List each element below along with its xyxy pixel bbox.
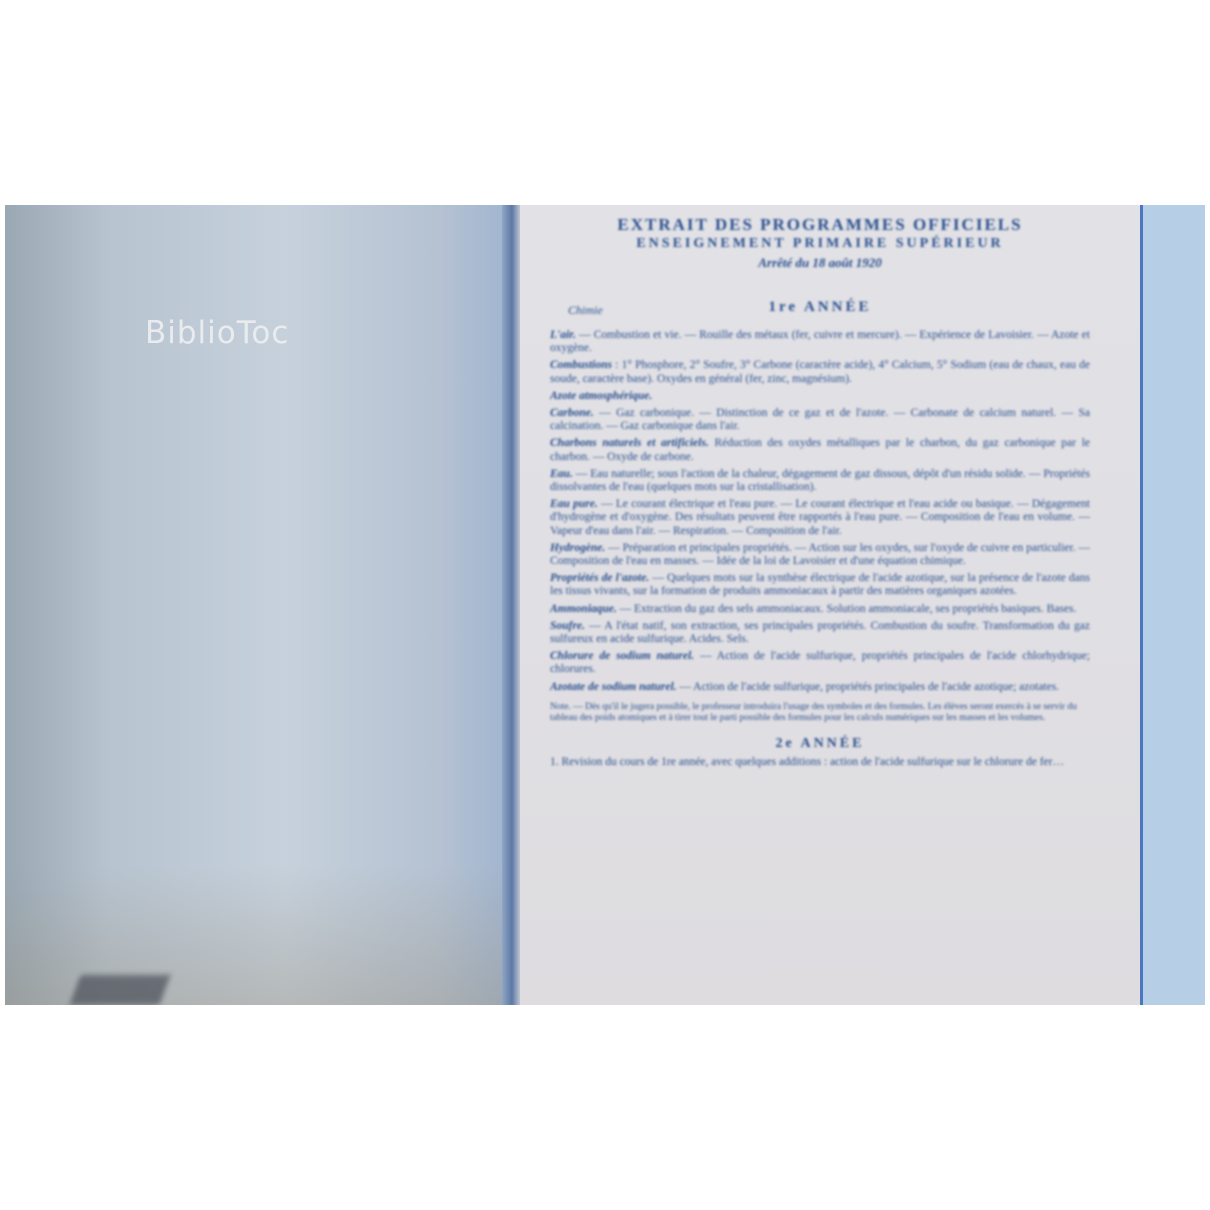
year2-first-entry: 1. Revision du cours de 1re année, avec … (550, 756, 1090, 769)
list-item: L'air. — Combustion et vie. — Rouille de… (550, 329, 1090, 355)
entries-list: L'air. — Combustion et vie. — Rouille de… (550, 329, 1090, 694)
year-heading-2: 2e ANNÉE (550, 736, 1090, 752)
list-item: Carbone. — Gaz carbonique. — Distinction… (550, 407, 1090, 433)
list-item: Soufre. — A l'état natif, son extraction… (550, 620, 1090, 646)
entry-heading: Azotate de sodium naturel. (550, 681, 677, 693)
entry-heading: Soufre. (550, 620, 585, 632)
entry-heading: L'air. (550, 329, 576, 341)
entry-heading: Chlorure de sodium naturel. (550, 650, 694, 662)
note: Note. — Dès qu'il le jugera possible, le… (550, 702, 1090, 724)
book-photo: BiblioToc EXTRAIT DES PROGRAMMES OFFICIE… (5, 205, 1205, 1005)
left-page: BiblioToc (5, 205, 515, 1005)
list-item: Combustions : 1° Phosphore, 2° Soufre, 3… (550, 359, 1090, 385)
list-item: Eau. — Eau naturelle; sous l'action de l… (550, 468, 1090, 494)
entry-heading: Ammoniaque. (550, 603, 617, 615)
list-item: Propriétés de l'azote. — Quelques mots s… (550, 572, 1090, 598)
entry-text: — Eau naturelle; sous l'action de la cha… (550, 468, 1090, 493)
entry-text: — Action de l'acide sulfurique, propriét… (677, 681, 1060, 693)
entry-text: — Gaz carbonique. — Distinction de ce ga… (550, 407, 1090, 432)
list-item: Ammoniaque. — Extraction du gaz des sels… (550, 603, 1090, 616)
list-item: Hydrogène. — Préparation et principales … (550, 542, 1090, 568)
list-item: Azote atmosphérique. (550, 390, 1090, 403)
entry-text: — Extraction du gaz des sels ammoniacaux… (617, 603, 1077, 615)
entry-heading: Combustions (550, 359, 612, 371)
entry-heading: Eau pure. (550, 498, 598, 510)
entry-text: — Combustion et vie. — Rouille des métau… (550, 329, 1090, 354)
subject-label: Chimie (568, 303, 603, 318)
page-text: EXTRAIT DES PROGRAMMES OFFICIELS ENSEIGN… (550, 215, 1090, 769)
decree-date: Arrêté du 18 août 1920 (550, 253, 1090, 273)
list-item: Azotate de sodium naturel. — Action de l… (550, 681, 1090, 694)
entry-text: — A l'état natif, son extraction, ses pr… (550, 620, 1090, 645)
entry-text: — Préparation et principales propriétés.… (550, 542, 1090, 567)
entry-text: — Le courant électrique et l'eau pure. —… (550, 498, 1090, 536)
entry-heading: Propriétés de l'azote. (550, 572, 649, 584)
entry-heading: Charbons naturels et artificiels. (550, 437, 709, 449)
list-item: Chlorure de sodium naturel. — Action de … (550, 650, 1090, 676)
document-subtitle: ENSEIGNEMENT PRIMAIRE SUPÉRIEUR (550, 235, 1090, 253)
ink-bleed (70, 975, 171, 1005)
entry-heading: Carbone. (550, 407, 594, 419)
book-gutter (502, 205, 522, 1005)
right-page: EXTRAIT DES PROGRAMMES OFFICIELS ENSEIGN… (520, 205, 1140, 1005)
list-item: Eau pure. — Le courant électrique et l'e… (550, 498, 1090, 538)
watermark: BiblioToc (145, 315, 289, 351)
entry-heading: Eau. (550, 468, 573, 480)
entry-text: : 1° Phosphore, 2° Soufre, 3° Carbone (c… (550, 359, 1090, 384)
entry-heading: Hydrogène. (550, 542, 605, 554)
entry-heading: Azote atmosphérique. (550, 390, 652, 402)
year-heading-1: 1re ANNÉE (550, 299, 1090, 316)
list-item: Charbons naturels et artificiels. Réduct… (550, 437, 1090, 463)
next-page-edge (1143, 205, 1205, 1005)
document-title: EXTRAIT DES PROGRAMMES OFFICIELS (550, 215, 1090, 235)
